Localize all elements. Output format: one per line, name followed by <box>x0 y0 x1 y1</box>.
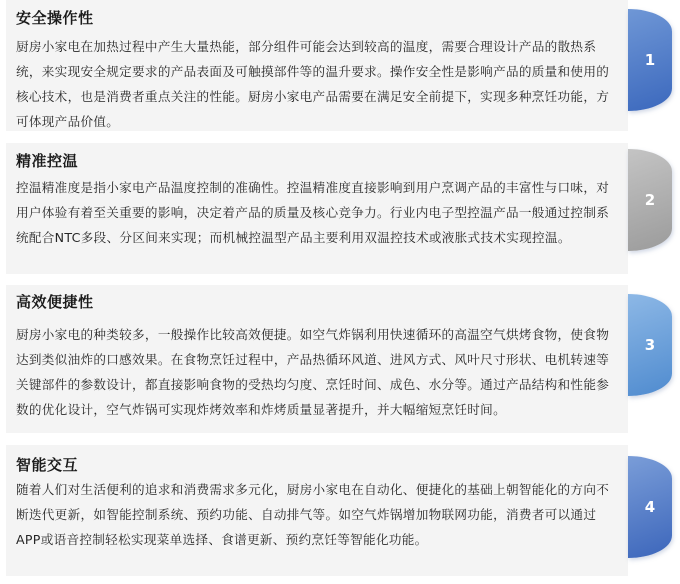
badge-number: 2 <box>645 191 655 209</box>
feature-description: 随着人们对生活便利的追求和消费需求多元化，厨房小家电在自动化、便捷化的基础上朝智… <box>16 477 618 552</box>
number-badge-1: 1 <box>628 9 672 111</box>
feature-description: 厨房小家电的种类较多，一般操作比较高效便捷。如空气炸锅利用快速循环的高温空气烘烤… <box>16 322 618 422</box>
number-badge-2: 2 <box>628 149 672 251</box>
feature-description: 厨房小家电在加热过程中产生大量热能，部分组件可能会达到较高的温度，需要合理设计产… <box>16 34 618 134</box>
feature-title: 智能交互 <box>16 454 78 475</box>
feature-title: 高效便捷性 <box>16 291 94 312</box>
badge-number: 4 <box>645 498 655 516</box>
feature-panel-3: 高效便捷性 厨房小家电的种类较多，一般操作比较高效便捷。如空气炸锅利用快速循环的… <box>6 285 628 433</box>
feature-panel-2: 精准控温 控温精准度是指小家电产品温度控制的准确性。控温精准度直接影响到用户烹调… <box>6 143 628 274</box>
feature-title: 精准控温 <box>16 150 78 171</box>
number-badge-3: 3 <box>628 294 672 396</box>
feature-description: 控温精准度是指小家电产品温度控制的准确性。控温精准度直接影响到用户烹调产品的丰富… <box>16 175 618 250</box>
feature-panel-4: 智能交互 随着人们对生活便利的追求和消费需求多元化，厨房小家电在自动化、便捷化的… <box>6 445 628 576</box>
badge-number: 3 <box>645 336 655 354</box>
number-badge-4: 4 <box>628 456 672 558</box>
feature-title: 安全操作性 <box>16 7 94 28</box>
badge-number: 1 <box>645 51 655 69</box>
feature-panel-1: 安全操作性 厨房小家电在加热过程中产生大量热能，部分组件可能会达到较高的温度，需… <box>6 0 628 131</box>
